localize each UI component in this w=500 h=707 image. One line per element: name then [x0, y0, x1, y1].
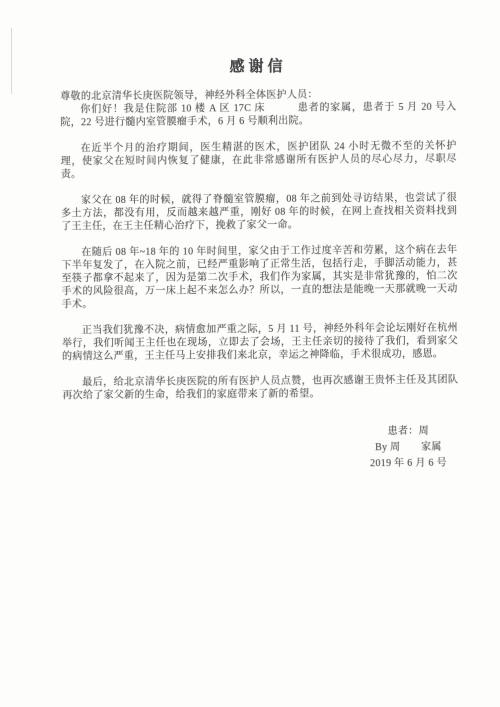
scan-artifact-line	[11, 28, 12, 94]
letter-paragraph-hangzhou-forum: 正当我们犹豫不决，病情愈加严重之际，5 月 11 号，神经外科年会论坛刚好在杭州…	[62, 322, 458, 364]
scanned-letter-page: 感谢信 尊敬的北京清华长庚医院领导，神经外科全体医护人员： 你们好！我是住院部 …	[0, 0, 500, 707]
letter-paragraph-2008-history: 家父在 08 年的时候，就得了脊髓室管膜瘤，08 年之前到处寻访结果，也尝试了很…	[61, 192, 457, 234]
letter-paragraph-greeting: 你们好！我是住院部 10 楼 A 区 17C 床 患者的家属，患者于 5 月 2…	[60, 101, 456, 130]
letter-content: 感谢信 尊敬的北京清华长庚医院领导，神经外科全体医护人员： 你们好！我是住院部 …	[60, 57, 459, 475]
letter-title: 感谢信	[60, 57, 456, 78]
signature-date-line: 2019 年 6 月 6 号	[370, 456, 447, 473]
letter-paragraph-closing-thanks: 最后，给北京清华长庚医院的所有医护人员点赞，也再次感谢王贵怀主任及其团队再次给了…	[62, 374, 458, 403]
signature-block: 患者：周 By 周 家属 2019 年 6 月 6 号	[370, 424, 447, 473]
letter-paragraph-treatment-thanks: 在近半个月的治疗期间，医生精湛的医术，医护团队 24 小时无微不至的关怀护理，使…	[61, 140, 457, 182]
signature-patient-line: 患者：周	[370, 424, 447, 441]
signature-by-line: By 周 家属	[370, 440, 447, 457]
letter-paragraph-relapse: 在随后 08 年~18 年的 10 年时间里，家父由于工作过度辛苦和劳累，这个病…	[61, 244, 457, 312]
